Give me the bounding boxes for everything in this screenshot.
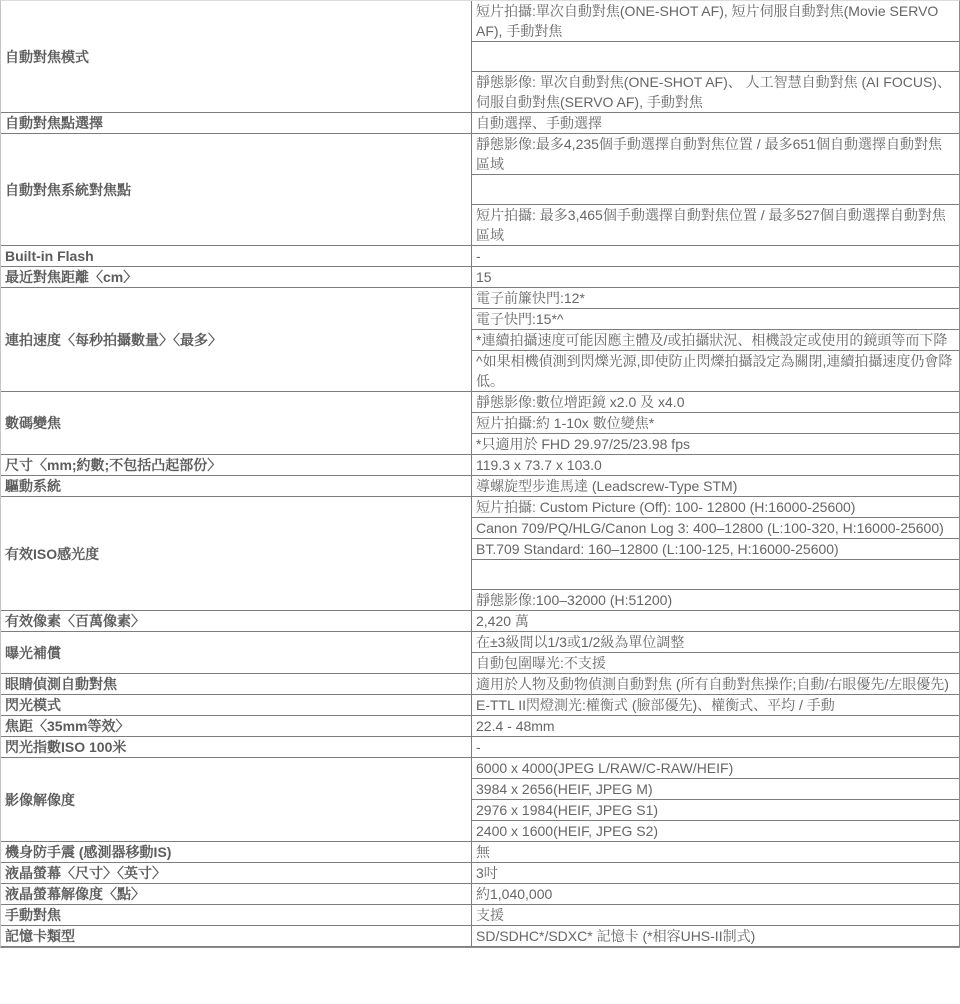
spec-row: 有效ISO感光度短片拍攝: Custom Picture (Off): 100-… xyxy=(1,497,959,611)
spec-label-text: 連拍速度〈每秒拍攝數量〉〈最多〉 xyxy=(5,330,222,350)
spec-label-text: 眼睛偵測自動對焦 xyxy=(5,674,117,694)
spec-value: 適用於人物及動物偵測自動對焦 (所有自動對焦操作;自動/右眼優先/左眼優先) xyxy=(472,674,959,694)
spec-label-text: 自動對焦點選擇 xyxy=(5,113,103,133)
spec-value: 短片拍攝: 最多3,465個手動選擇自動對焦位置 / 最多527個自動選擇自動對… xyxy=(472,204,959,245)
spec-value-column: 15 xyxy=(472,267,959,287)
spec-row: 記憶卡類型SD/SDHC*/SDXC* 記憶卡 (*相容UHS-II制式) xyxy=(1,926,959,947)
spec-label-text: 手動對焦 xyxy=(5,905,61,925)
spec-value: 導螺旋型步進馬達 (Leadscrew-Type STM) xyxy=(472,476,959,496)
spec-value: ^如果相機偵測到閃爍光源,即使防止閃爍拍攝設定為關閉,連續拍攝速度仍會降低。 xyxy=(472,350,959,391)
spec-label: 影像解像度 xyxy=(1,758,472,841)
spec-label-text: 曝光補償 xyxy=(5,643,61,663)
spec-label-text: 液晶螢幕〈尺寸〉〈英寸〉 xyxy=(5,863,166,883)
spec-label-text: 有效ISO感光度 xyxy=(5,544,99,564)
spec-value: 2976 x 1984(HEIF, JPEG S1) xyxy=(472,799,959,820)
camera-spec-table: 自動對焦模式短片拍攝:單次自動對焦(ONE-SHOT AF), 短片伺服自動對焦… xyxy=(0,0,960,948)
spec-label: 自動對焦模式 xyxy=(1,1,472,112)
spec-value-column: 3吋 xyxy=(472,863,959,883)
spec-label: 有效ISO感光度 xyxy=(1,497,472,610)
spec-row: 眼睛偵測自動對焦適用於人物及動物偵測自動對焦 (所有自動對焦操作;自動/右眼優先… xyxy=(1,674,959,695)
spec-value: 2400 x 1600(HEIF, JPEG S2) xyxy=(472,820,959,841)
spec-label-text: 閃光模式 xyxy=(5,695,61,715)
spec-label-text: 自動對焦系統對焦點 xyxy=(5,180,131,200)
spec-value-column: 支援 xyxy=(472,905,959,925)
spec-value: SD/SDHC*/SDXC* 記憶卡 (*相容UHS-II制式) xyxy=(472,926,959,946)
spec-value: 自動選擇、手動選擇 xyxy=(472,113,959,133)
spec-value: 電子前簾快門:12* xyxy=(472,288,959,308)
spec-value-column: SD/SDHC*/SDXC* 記憶卡 (*相容UHS-II制式) xyxy=(472,926,959,946)
spec-value: - xyxy=(472,737,959,757)
spec-row: 液晶螢幕解像度〈點〉約1,040,000 xyxy=(1,884,959,905)
spec-value-column: 22.4 - 48mm xyxy=(472,716,959,736)
spec-value-column: 短片拍攝: Custom Picture (Off): 100- 12800 (… xyxy=(472,497,959,610)
spec-value-column: 短片拍攝:單次自動對焦(ONE-SHOT AF), 短片伺服自動對焦(Movie… xyxy=(472,1,959,112)
spec-label: 液晶螢幕〈尺寸〉〈英寸〉 xyxy=(1,863,472,883)
spec-row: 影像解像度6000 x 4000(JPEG L/RAW/C-RAW/HEIF)3… xyxy=(1,758,959,842)
spec-row: 尺寸〈mm;約數;不包括凸起部份〉119.3 x 73.7 x 103.0 xyxy=(1,455,959,476)
spec-value: 119.3 x 73.7 x 103.0 xyxy=(472,455,959,475)
spec-row: 機身防手震 (感測器移動IS)無 xyxy=(1,842,959,863)
spec-row: 驅動系統導螺旋型步進馬達 (Leadscrew-Type STM) xyxy=(1,476,959,497)
spec-value-column: 2,420 萬 xyxy=(472,611,959,631)
spec-label: 機身防手震 (感測器移動IS) xyxy=(1,842,472,862)
spec-value-column: 無 xyxy=(472,842,959,862)
spec-row: 連拍速度〈每秒拍攝數量〉〈最多〉電子前簾快門:12*電子快門:15*^*連續拍攝… xyxy=(1,288,959,392)
spec-row: 自動對焦模式短片拍攝:單次自動對焦(ONE-SHOT AF), 短片伺服自動對焦… xyxy=(1,1,959,113)
spec-value-column: 6000 x 4000(JPEG L/RAW/C-RAW/HEIF)3984 x… xyxy=(472,758,959,841)
spec-value-column: 靜態影像:數位增距鏡 x2.0 及 x4.0短片拍攝:約 1-10x 數位變焦*… xyxy=(472,392,959,454)
spec-label-text: 數碼變焦 xyxy=(5,413,61,433)
spec-value: 15 xyxy=(472,267,959,287)
spec-label-text: 焦距〈35mm等效〉 xyxy=(5,716,129,736)
spec-value-column: 約1,040,000 xyxy=(472,884,959,904)
spec-value: 電子快門:15*^ xyxy=(472,308,959,329)
spec-row: 手動對焦支援 xyxy=(1,905,959,926)
spec-label: 有效像素〈百萬像素〉 xyxy=(1,611,472,631)
spec-value-empty xyxy=(472,174,959,204)
spec-value-column: - xyxy=(472,737,959,757)
spec-value: - xyxy=(472,246,959,266)
spec-label: 記憶卡類型 xyxy=(1,926,472,946)
spec-row: 液晶螢幕〈尺寸〉〈英寸〉3吋 xyxy=(1,863,959,884)
spec-value: 靜態影像:數位增距鏡 x2.0 及 x4.0 xyxy=(472,392,959,412)
spec-label-text: 機身防手震 (感測器移動IS) xyxy=(5,842,171,862)
spec-value: 6000 x 4000(JPEG L/RAW/C-RAW/HEIF) xyxy=(472,758,959,778)
spec-row: 閃光指數ISO 100米- xyxy=(1,737,959,758)
spec-row: 數碼變焦靜態影像:數位增距鏡 x2.0 及 x4.0短片拍攝:約 1-10x 數… xyxy=(1,392,959,455)
spec-row: 閃光模式E-TTL II閃燈測光:權衡式 (臉部優先)、權衡式、平均 / 手動 xyxy=(1,695,959,716)
spec-value: 約1,040,000 xyxy=(472,884,959,904)
spec-value: 短片拍攝:單次自動對焦(ONE-SHOT AF), 短片伺服自動對焦(Movie… xyxy=(472,1,959,41)
spec-value-column: 電子前簾快門:12*電子快門:15*^*連續拍攝速度可能因應主體及/或拍攝狀況、… xyxy=(472,288,959,391)
spec-value: 在±3級間以1/3或1/2級為單位調整 xyxy=(472,632,959,652)
spec-label: 自動對焦點選擇 xyxy=(1,113,472,133)
spec-value: 靜態影像:最多4,235個手動選擇自動對焦位置 / 最多651個自動選擇自動對焦… xyxy=(472,134,959,174)
spec-value: 3吋 xyxy=(472,863,959,883)
spec-label: 閃光模式 xyxy=(1,695,472,715)
spec-label: 液晶螢幕解像度〈點〉 xyxy=(1,884,472,904)
spec-label-text: 驅動系統 xyxy=(5,476,61,496)
spec-label-text: Built-in Flash xyxy=(5,246,94,266)
spec-label: 尺寸〈mm;約數;不包括凸起部份〉 xyxy=(1,455,472,475)
spec-label-text: 記憶卡類型 xyxy=(5,926,75,946)
spec-label-text: 自動對焦模式 xyxy=(5,47,89,67)
spec-row: 焦距〈35mm等效〉22.4 - 48mm xyxy=(1,716,959,737)
spec-value: 自動包圍曝光:不支援 xyxy=(472,652,959,673)
spec-label: 焦距〈35mm等效〉 xyxy=(1,716,472,736)
spec-row: 曝光補償在±3級間以1/3或1/2級為單位調整自動包圍曝光:不支援 xyxy=(1,632,959,674)
spec-value: BT.709 Standard: 160–12800 (L:100-125, H… xyxy=(472,538,959,559)
spec-label-text: 液晶螢幕解像度〈點〉 xyxy=(5,884,145,904)
spec-label-text: 尺寸〈mm;約數;不包括凸起部份〉 xyxy=(5,455,221,475)
spec-label: 眼睛偵測自動對焦 xyxy=(1,674,472,694)
spec-label-text: 閃光指數ISO 100米 xyxy=(5,737,126,757)
spec-label-text: 影像解像度 xyxy=(5,790,75,810)
spec-value: E-TTL II閃燈測光:權衡式 (臉部優先)、權衡式、平均 / 手動 xyxy=(472,695,959,715)
spec-value: 支援 xyxy=(472,905,959,925)
spec-value-column: 導螺旋型步進馬達 (Leadscrew-Type STM) xyxy=(472,476,959,496)
spec-value: *只適用於 FHD 29.97/25/23.98 fps xyxy=(472,433,959,454)
spec-row: 自動對焦系統對焦點靜態影像:最多4,235個手動選擇自動對焦位置 / 最多651… xyxy=(1,134,959,246)
spec-label-text: 有效像素〈百萬像素〉 xyxy=(5,611,145,631)
spec-value-column: 適用於人物及動物偵測自動對焦 (所有自動對焦操作;自動/右眼優先/左眼優先) xyxy=(472,674,959,694)
spec-value: 短片拍攝:約 1-10x 數位變焦* xyxy=(472,412,959,433)
spec-label: 自動對焦系統對焦點 xyxy=(1,134,472,245)
spec-value-column: 自動選擇、手動選擇 xyxy=(472,113,959,133)
spec-label: 最近對焦距離〈cm〉 xyxy=(1,267,472,287)
spec-value-column: 119.3 x 73.7 x 103.0 xyxy=(472,455,959,475)
spec-value: 無 xyxy=(472,842,959,862)
spec-label: 手動對焦 xyxy=(1,905,472,925)
spec-value: 2,420 萬 xyxy=(472,611,959,631)
spec-row: 有效像素〈百萬像素〉2,420 萬 xyxy=(1,611,959,632)
spec-value: 3984 x 2656(HEIF, JPEG M) xyxy=(472,778,959,799)
spec-value: Canon 709/PQ/HLG/Canon Log 3: 400–12800 … xyxy=(472,517,959,538)
spec-value: 短片拍攝: Custom Picture (Off): 100- 12800 (… xyxy=(472,497,959,517)
spec-row: 最近對焦距離〈cm〉15 xyxy=(1,267,959,288)
spec-value: 靜態影像: 單次自動對焦(ONE-SHOT AF)、 人工智慧自動對焦 (AI … xyxy=(472,71,959,112)
spec-label: Built-in Flash xyxy=(1,246,472,266)
spec-value: 靜態影像:100–32000 (H:51200) xyxy=(472,589,959,610)
spec-value-empty xyxy=(472,41,959,71)
spec-value-column: 在±3級間以1/3或1/2級為單位調整自動包圍曝光:不支援 xyxy=(472,632,959,673)
spec-label: 曝光補償 xyxy=(1,632,472,673)
spec-value-column: - xyxy=(472,246,959,266)
spec-value-column: E-TTL II閃燈測光:權衡式 (臉部優先)、權衡式、平均 / 手動 xyxy=(472,695,959,715)
spec-value: 22.4 - 48mm xyxy=(472,716,959,736)
spec-value-empty xyxy=(472,559,959,589)
spec-label: 閃光指數ISO 100米 xyxy=(1,737,472,757)
spec-label-text: 最近對焦距離〈cm〉 xyxy=(5,267,137,287)
spec-label: 驅動系統 xyxy=(1,476,472,496)
spec-label: 連拍速度〈每秒拍攝數量〉〈最多〉 xyxy=(1,288,472,391)
spec-label: 數碼變焦 xyxy=(1,392,472,454)
spec-value-column: 靜態影像:最多4,235個手動選擇自動對焦位置 / 最多651個自動選擇自動對焦… xyxy=(472,134,959,245)
spec-row: 自動對焦點選擇自動選擇、手動選擇 xyxy=(1,113,959,134)
spec-value: *連續拍攝速度可能因應主體及/或拍攝狀況、相機設定或使用的鏡頭等而下降 xyxy=(472,329,959,350)
spec-row: Built-in Flash- xyxy=(1,246,959,267)
